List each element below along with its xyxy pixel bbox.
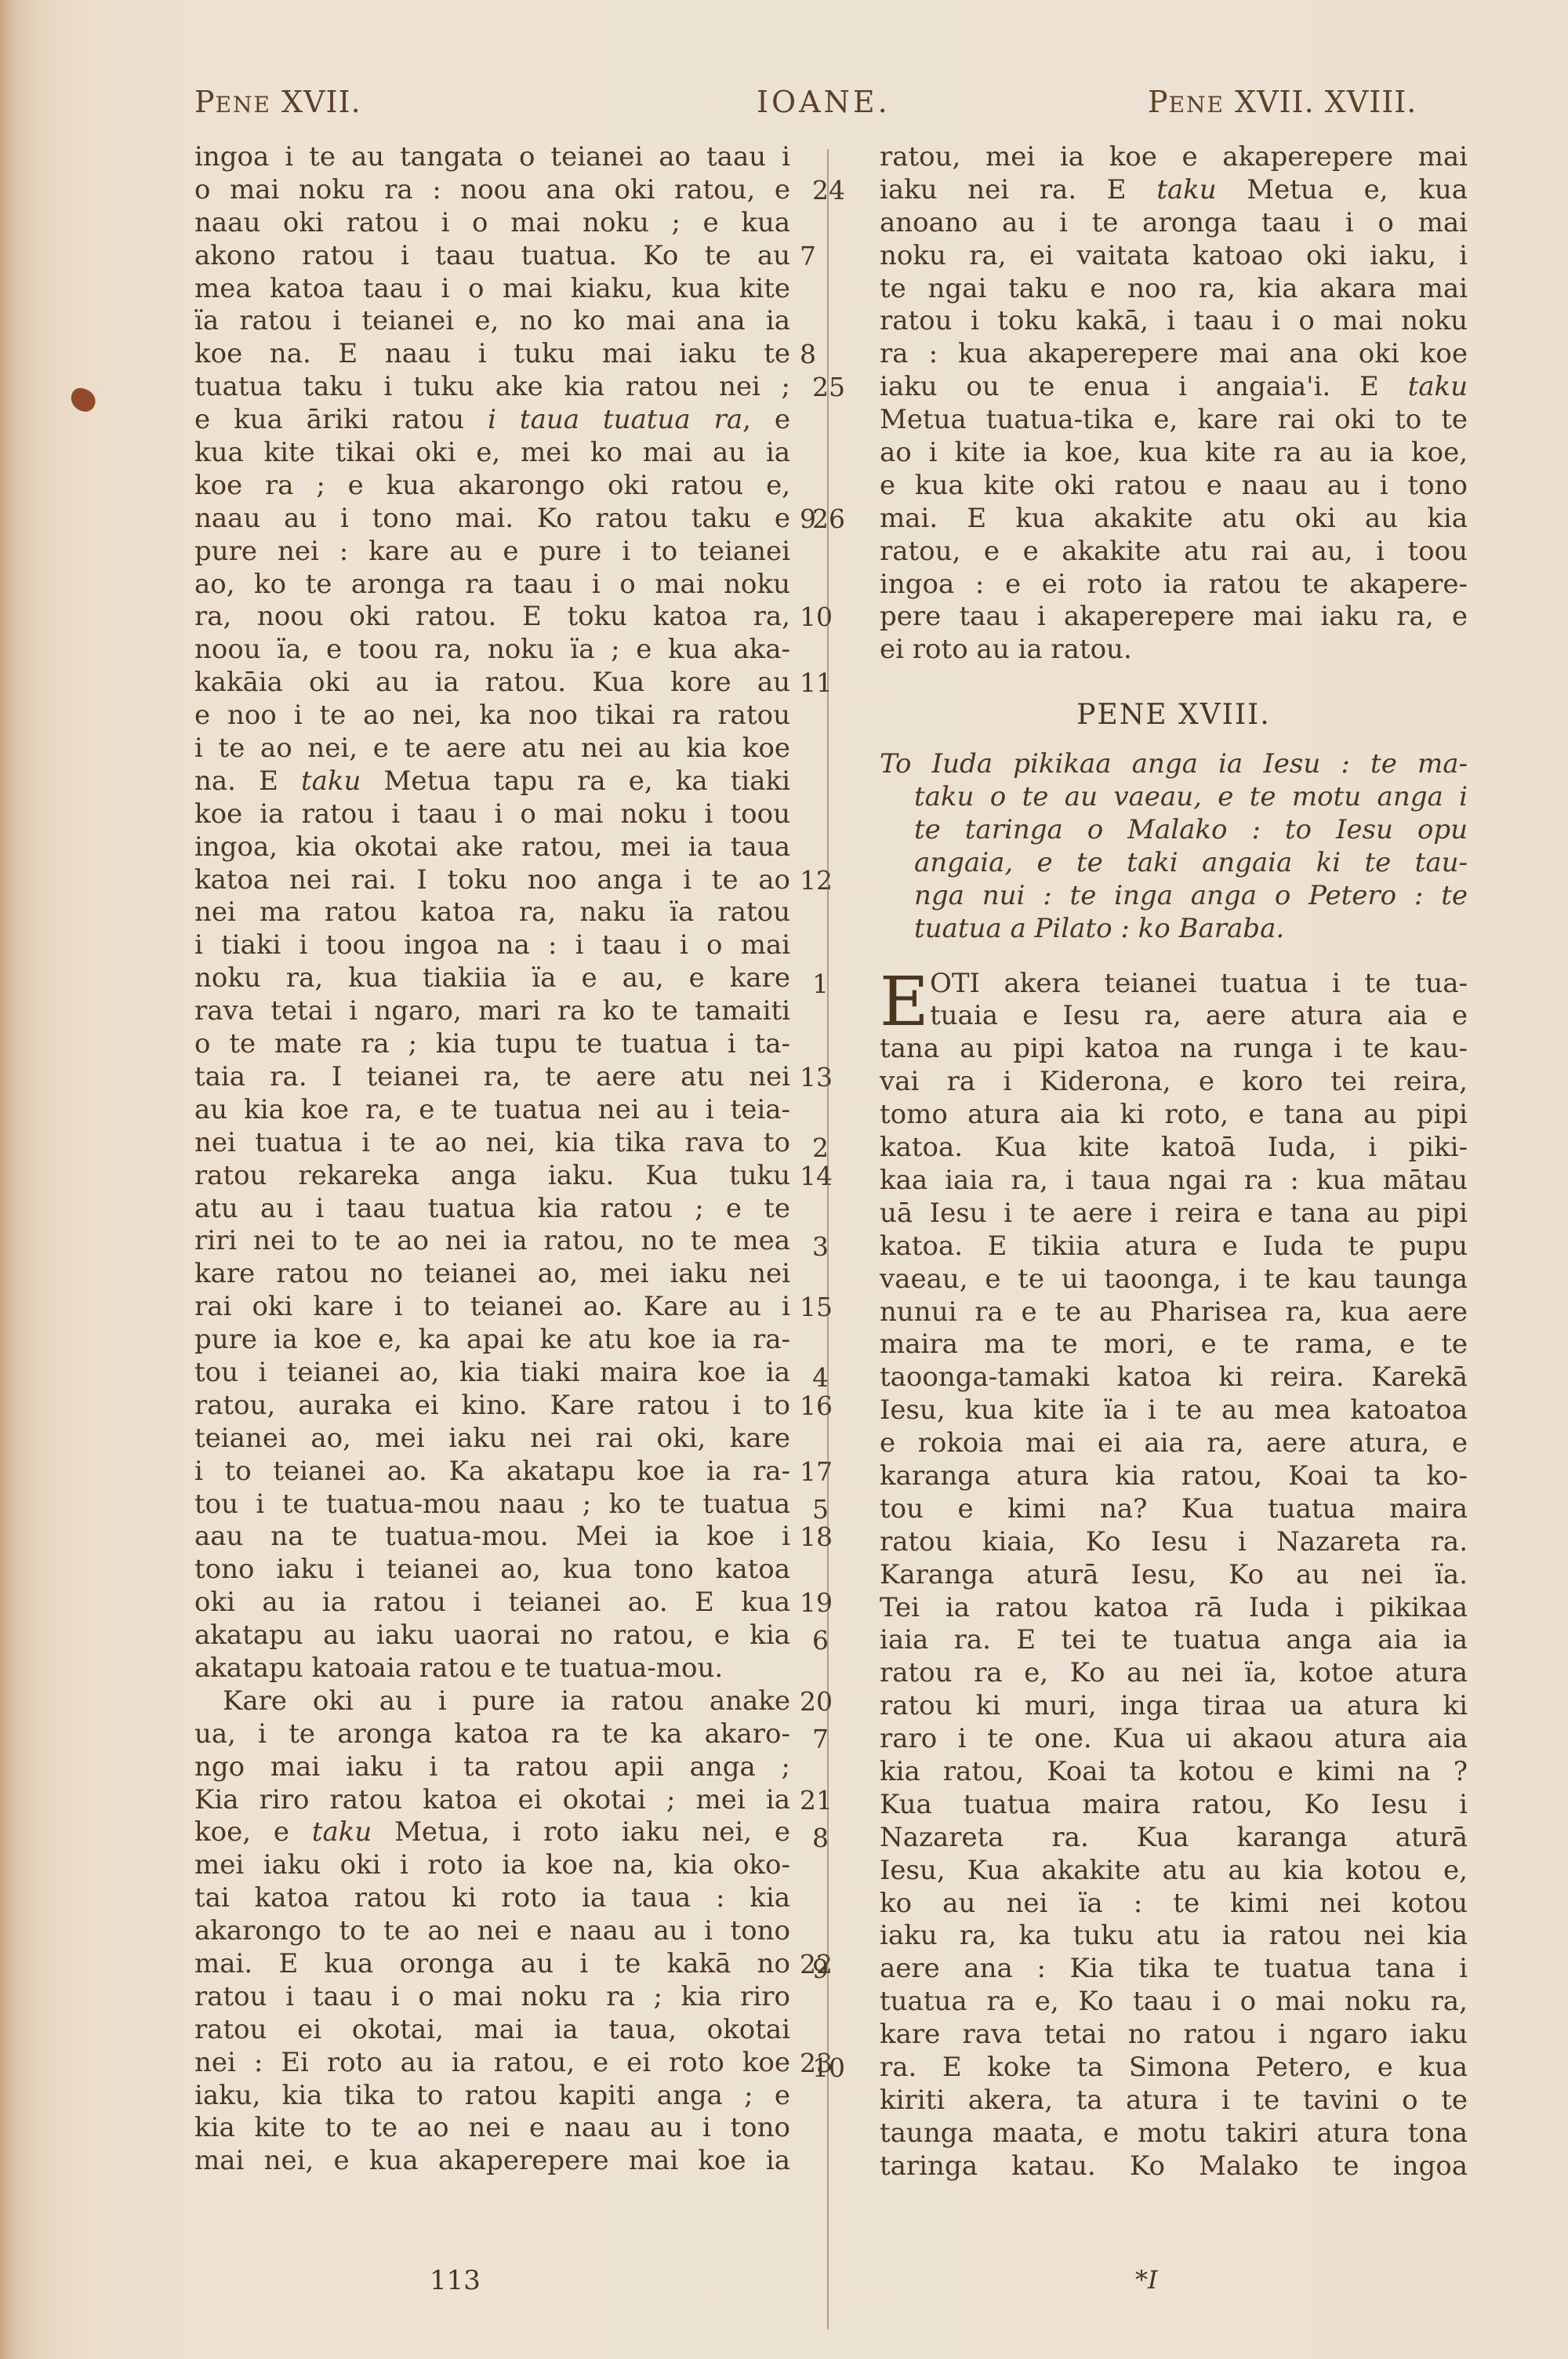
line-text: aere ana : Kia tika te tuatua tana i bbox=[880, 1953, 1468, 1984]
line-text: rava tetai i ngaro, mari ra ko te tamait… bbox=[194, 995, 790, 1027]
summary-line: taku o te au vaeau, e te motu anga i bbox=[880, 781, 1468, 814]
line-text: Iesu, Kua akakite atu au kia kotou e, bbox=[880, 1855, 1468, 1886]
line-text: nei tuatua i te ao nei, kia tika rava to bbox=[194, 1127, 790, 1158]
line-text: ratou, auraka ei kino. Kare ratou i to bbox=[194, 1390, 790, 1421]
line-text: mai. E kua akakite atu oki au kia bbox=[880, 503, 1468, 534]
text-line: aere ana : Kia tika te tuatua tana i9 bbox=[880, 1953, 1468, 1986]
line-text: ua, i te aronga katoa ra te ka akaro- bbox=[194, 1718, 790, 1750]
text-line: ao, ko te aronga ra taau i o mai noku bbox=[194, 569, 790, 602]
line-text: i to teianei ao. Ka akatapu koe ia ra- bbox=[194, 1456, 790, 1487]
text-line: vaeau, e te ui taoonga, i te kau taunga bbox=[880, 1263, 1468, 1296]
verse-number: 7 bbox=[812, 1723, 867, 1756]
text-line: ratou ei okotai, mai ia taua, okotai bbox=[194, 2014, 790, 2047]
text-line: katoa. E tikiia atura e Iuda te pupu3 bbox=[880, 1230, 1468, 1263]
line-text: e kua āriki ratou bbox=[194, 404, 488, 435]
text-line: noku ra, kua tiakiia ïa e au, e kare bbox=[194, 962, 790, 995]
text-line: rai oki kare i to teianei ao. Kare au i1… bbox=[194, 1291, 790, 1324]
text-line: ngo mai iaku i ta ratou apii anga ; bbox=[194, 1751, 790, 1784]
text-line: koe ia ratou i taau i o mai noku i toou bbox=[194, 798, 790, 831]
line-text: kia kite to te ao nei e naau au i tono bbox=[194, 2112, 790, 2143]
left-text-column: ingoa i te au tangata o teianei ao taau … bbox=[194, 141, 790, 2178]
line-text: katoa. E tikiia atura e Iuda te pupu bbox=[880, 1230, 1468, 1262]
line-text: vaeau, e te ui taoonga, i te kau taunga bbox=[880, 1263, 1468, 1295]
line-text: tomo atura aia ki roto, e tana au pipi bbox=[880, 1099, 1468, 1130]
line-text: iaku, kia tika to ratou kapiti anga ; e bbox=[194, 2080, 790, 2111]
running-head-book-title: IOANE. bbox=[757, 85, 891, 119]
text-line: mai. E kua akakite atu oki au kia26 bbox=[880, 503, 1468, 536]
line-text: naau oki ratou i o mai noku ; e kua bbox=[194, 207, 790, 238]
text-line: ratou i toku kakā, i taau i o mai noku bbox=[880, 305, 1468, 338]
text-line: ra, noou oki ratou. E toku katoa ra,10 bbox=[194, 601, 790, 634]
line-text: ratou rekareka anga iaku. Kua tuku bbox=[194, 1160, 790, 1191]
text-line: ra. E koke ta Simona Petero, e kua10 bbox=[880, 2052, 1468, 2085]
line-text: taoonga-tamaki katoa ki reira. Karekā bbox=[880, 1361, 1468, 1393]
line-text: ratou kiaia, Ko Iesu i Nazareta ra. bbox=[880, 1526, 1468, 1558]
verse-number: 8 bbox=[800, 338, 816, 371]
text-line: kia ratou, Koai ta kotou e kimi na ? bbox=[880, 1756, 1468, 1789]
text-line: kakāia oki au ia ratou. Kua kore au11 bbox=[194, 667, 790, 700]
line-text: pere taau i akaperepere mai iaku ra, e bbox=[880, 601, 1468, 632]
verse-number: 3 bbox=[812, 1230, 867, 1263]
text-line: na. E taku Metua tapu ra e, ka tiaki bbox=[194, 765, 790, 798]
text-line: noku ra, ei vaitata katoao oki iaku, i bbox=[880, 240, 1468, 273]
line-text: maira ma te mori, e te rama, e te bbox=[880, 1329, 1468, 1360]
line-text: Metua tuatua-tika e, kare rai oki to te bbox=[880, 404, 1468, 435]
text-line: noou ïa, e toou ra, noku ïa ; e kua aka- bbox=[194, 634, 790, 667]
line-text: nunui ra e te au Pharisea ra, kua aere bbox=[880, 1296, 1468, 1328]
text-line: au kia koe ra, e te tuatua nei au i teia… bbox=[194, 1094, 790, 1127]
printer-signature-mark: *I bbox=[1135, 2265, 1158, 2295]
line-text: Kua tuatua maira ratou, Ko Iesu i bbox=[880, 1789, 1468, 1820]
verse-number: 5 bbox=[812, 1493, 867, 1526]
line-text: mai. E kua oronga au i te kakā no bbox=[194, 1948, 790, 1979]
line-text: Tei ia ratou katoa rā Iuda i pikikaa bbox=[880, 1592, 1468, 1623]
line-text: katoa nei rai. I toku noo anga i te ao bbox=[194, 864, 790, 896]
line-text: i te ao nei, e te aere atu nei au kia ko… bbox=[194, 732, 790, 764]
text-line: vai ra i Kiderona, e koro tei reira, bbox=[880, 1066, 1468, 1099]
chapter-17-continuation: ratou, mei ia koe e akaperepere maiiaku … bbox=[880, 141, 1468, 667]
line-text: ra, noou oki ratou. E toku katoa ra, bbox=[194, 601, 790, 632]
line-text: taunga maata, e motu takiri atura tona bbox=[880, 2117, 1468, 2149]
text-line: ratou rekareka anga iaku. Kua tuku14 bbox=[194, 1160, 790, 1193]
foxing-stain-mark bbox=[67, 385, 99, 414]
italic-text: taku bbox=[1156, 174, 1216, 205]
line-text: e noo i te ao nei, ka noo tikai ra ratou bbox=[194, 700, 790, 731]
text-line: koe, e taku Metua, i roto iaku nei, e bbox=[194, 1816, 790, 1849]
chapter-18-text: E OTI akera teianei tuatua i te tua-1tua… bbox=[880, 968, 1468, 2183]
text-line: ko au nei ïa : te kimi nei kotou bbox=[880, 1888, 1468, 1921]
verse-number: 1 bbox=[812, 968, 867, 1001]
line-text-after: Metua tapu ra e, ka tiaki bbox=[361, 765, 790, 797]
line-text: tuaia e Iesu ra, aere atura aia e bbox=[930, 1000, 1468, 1031]
text-line: ei roto au ia ratou. bbox=[880, 634, 1468, 667]
line-text: atu au i taau tuatua kia ratou ; e te bbox=[194, 1193, 790, 1224]
line-text: ratou ki muri, inga tiraa ua atura ki bbox=[880, 1690, 1468, 1721]
line-text: ngo mai iaku i ta ratou apii anga ; bbox=[194, 1751, 790, 1783]
line-text: akarongo to te ao nei e naau au i tono bbox=[194, 1915, 790, 1946]
text-line: naau au i tono mai. Ko ratou taku e9 bbox=[194, 503, 790, 536]
line-text: mai nei, e kua akaperepere mai koe ia bbox=[194, 2145, 790, 2176]
text-line: o mai noku ra : noou ana oki ratou, e bbox=[194, 174, 790, 207]
right-text-column: ratou, mei ia koe e akaperepere maiiaku … bbox=[880, 141, 1468, 2183]
line-text: karanga atura kia ratou, Koai ta ko- bbox=[880, 1460, 1468, 1492]
text-line: ao i kite ia koe, kua kite ra au ia koe, bbox=[880, 437, 1468, 470]
text-line: taoonga-tamaki katoa ki reira. Karekā4 bbox=[880, 1361, 1468, 1394]
line-text: ïa ratou i teianei e, no ko mai ana ia bbox=[194, 305, 790, 336]
text-line: te ngai taku e noo ra, kia akara mai bbox=[880, 273, 1468, 306]
line-text: tou i teianei ao, kia tiaki maira koe ia bbox=[194, 1357, 790, 1388]
line-text: kare rava tetai no ratou i ngaro iaku bbox=[880, 2019, 1468, 2050]
line-text: tou i te tuatua-mou naau ; ko te tuatua bbox=[194, 1488, 790, 1520]
line-text: kia ratou, Koai ta kotou e kimi na ? bbox=[880, 1756, 1468, 1787]
text-line: ratou, mei ia koe e akaperepere mai bbox=[880, 141, 1468, 174]
text-line: tomo atura aia ki roto, e tana au pipi bbox=[880, 1099, 1468, 1132]
text-line: tuatua ra e, Ko taau i o mai noku ra, bbox=[880, 1986, 1468, 2019]
text-line: iaku ra, ka tuku atu ia ratou nei kia bbox=[880, 1920, 1468, 1953]
line-text-after: , e bbox=[742, 404, 790, 435]
text-line: Karanga aturā Iesu, Ko au nei ïa. bbox=[880, 1559, 1468, 1592]
line-text: ratou, e e akakite atu rai au, i toou bbox=[880, 536, 1468, 567]
line-text: Kare oki au i pure ia ratou anake bbox=[223, 1685, 790, 1717]
line-text: kare ratou no teianei ao, mei iaku nei bbox=[194, 1258, 790, 1289]
line-text: Iesu, kua kite ïa i te au mea katoatoa bbox=[880, 1394, 1468, 1426]
text-line: kare rava tetai no ratou i ngaro iaku bbox=[880, 2019, 1468, 2052]
verse-number: 24 bbox=[812, 174, 867, 207]
line-text: akatapu katoaia ratou e te tuatua-mou. bbox=[194, 1652, 723, 1684]
text-line: tuaia e Iesu ra, aere atura aia e bbox=[880, 1000, 1468, 1033]
line-text: noku ra, ei vaitata katoao oki iaku, i bbox=[880, 240, 1468, 271]
verse-number: 26 bbox=[812, 503, 867, 536]
text-line: e kua āriki ratou i taua tuatua ra, e bbox=[194, 404, 790, 437]
line-text: koe, e bbox=[194, 1816, 312, 1848]
line-text: aau na te tuatua-mou. Mei ia koe i bbox=[194, 1521, 790, 1552]
line-text: ratou ei okotai, mai ia taua, okotai bbox=[194, 2014, 790, 2045]
line-text: oki au ia ratou i teianei ao. E kua bbox=[194, 1587, 790, 1618]
summary-line: tuatua a Pilato : ko Baraba. bbox=[880, 913, 1468, 946]
line-text: ratou ra e, Ko au nei ïa, kotoe atura bbox=[880, 1657, 1468, 1688]
verse-number: 2 bbox=[812, 1132, 867, 1165]
text-line: raro i te one. Kua ui akaou atura aia7 bbox=[880, 1723, 1468, 1756]
text-line: tana au pipi katoa na runga i te kau- bbox=[880, 1033, 1468, 1066]
line-text: mea katoa taau i o mai kiaku, kua kite bbox=[194, 273, 790, 304]
line-text: tou e kimi na? Kua tuatua maira bbox=[880, 1493, 1468, 1525]
text-line: e rokoia mai ei aia ra, aere atura, e bbox=[880, 1427, 1468, 1460]
verse-number: 10 bbox=[812, 2052, 867, 2085]
text-line: akatapu katoaia ratou e te tuatua-mou. bbox=[194, 1652, 790, 1685]
text-line: nei tuatua i te ao nei, kia tika rava to bbox=[194, 1127, 790, 1160]
running-head-right: PENE XVII. XVIII. bbox=[1148, 85, 1417, 119]
line-text: Nazareta ra. Kua karanga aturā bbox=[880, 1822, 1468, 1853]
line-text: kiriti akera, ta atura i te tavini o te bbox=[880, 2085, 1468, 2116]
line-text: uā Iesu i te aere i reira e tana au pipi bbox=[880, 1198, 1468, 1229]
text-line: atu au i taau tuatua kia ratou ; e te bbox=[194, 1193, 790, 1226]
text-line: pere taau i akaperepere mai iaku ra, e bbox=[880, 601, 1468, 634]
text-line: ratou, auraka ei kino. Kare ratou i to16 bbox=[194, 1390, 790, 1423]
line-text: noku ra, kua tiakiia ïa e au, e kare bbox=[194, 962, 790, 994]
text-line: Nazareta ra. Kua karanga aturā8 bbox=[880, 1822, 1468, 1855]
line-text: katoa. Kua kite katoā Iuda, i piki- bbox=[880, 1132, 1468, 1163]
line-text: o te mate ra ; kia tupu te tuatua i ta- bbox=[194, 1028, 790, 1060]
line-text: ao, ko te aronga ra taau i o mai noku bbox=[194, 569, 790, 600]
summary-line: To Iuda pikikaa anga ia Iesu : te ma- bbox=[880, 748, 1468, 781]
text-line: ratou i taau i o mai noku ra ; kia riro bbox=[194, 1981, 790, 2014]
text-line: pure nei : kare au e pure i to teianei bbox=[194, 536, 790, 569]
text-line: ingoa : e ei roto ia ratou te akapere- bbox=[880, 569, 1468, 602]
line-text: riri nei to te ao nei ia ratou, no te me… bbox=[194, 1225, 790, 1256]
summary-line: angaia, e te taki angaia ki te tau- bbox=[880, 847, 1468, 880]
text-line: katoa. Kua kite katoā Iuda, i piki-2 bbox=[880, 1132, 1468, 1165]
text-line: nei : Ei roto au ia ratou, e ei roto koe… bbox=[194, 2047, 790, 2080]
line-text: ra : kua akaperepere mai ana oki koe bbox=[880, 338, 1468, 369]
text-line: tou e kimi na? Kua tuatua maira5 bbox=[880, 1493, 1468, 1526]
text-line: naau oki ratou i o mai noku ; e kua bbox=[194, 207, 790, 240]
text-line: kua kite tikai oki e, mei ko mai au ia bbox=[194, 437, 790, 470]
text-line: ra : kua akaperepere mai ana oki koe bbox=[880, 338, 1468, 371]
summary-line: nga nui : te inga anga o Petero : te bbox=[880, 880, 1468, 913]
text-line: ua, i te aronga katoa ra te ka akaro- bbox=[194, 1718, 790, 1751]
text-line: rava tetai i ngaro, mari ra ko te tamait… bbox=[194, 995, 790, 1028]
line-text: Kia riro ratou katoa ei okotai ; mei ia bbox=[194, 1784, 790, 1816]
text-line: tuatua taku i tuku ake kia ratou nei ; bbox=[194, 371, 790, 404]
verse-number: 8 bbox=[812, 1822, 867, 1855]
text-line: ingoa i te au tangata o teianei ao taau … bbox=[194, 141, 790, 174]
text-line: tou i te tuatua-mou naau ; ko te tuatua bbox=[194, 1488, 790, 1521]
text-line: e noo i te ao nei, ka noo tikai ra ratou bbox=[194, 700, 790, 732]
text-line: iaku, kia tika to ratou kapiti anga ; e bbox=[194, 2080, 790, 2113]
text-line: Iesu, Kua akakite atu au kia kotou e, bbox=[880, 1855, 1468, 1888]
line-text: taia ra. I teianei ra, te aere atu nei bbox=[194, 1061, 790, 1092]
text-line: tou i teianei ao, kia tiaki maira koe ia bbox=[194, 1357, 790, 1390]
text-line: kare ratou no teianei ao, mei iaku nei bbox=[194, 1258, 790, 1291]
line-text: Karanga aturā Iesu, Ko au nei ïa. bbox=[880, 1559, 1468, 1590]
line-text: o mai noku ra : noou ana oki ratou, e bbox=[194, 174, 790, 205]
line-text: iaku ou te enua i angaia'i. E bbox=[880, 371, 1408, 402]
text-line: ïa ratou i teianei e, no ko mai ana ia bbox=[194, 305, 790, 338]
text-line: mai. E kua oronga au i te kakā no22 bbox=[194, 1948, 790, 1981]
line-text: ratou, mei ia koe e akaperepere mai bbox=[880, 141, 1468, 173]
text-line: koe ra ; e kua akarongo oki ratou e, bbox=[194, 470, 790, 503]
line-text: e rokoia mai ei aia ra, aere atura, e bbox=[880, 1427, 1468, 1459]
line-text: tana au pipi katoa na runga i te kau- bbox=[880, 1033, 1468, 1064]
text-line: akarongo to te ao nei e naau au i tono bbox=[194, 1915, 790, 1948]
text-line: taia ra. I teianei ra, te aere atu nei13 bbox=[194, 1061, 790, 1094]
line-text: teianei ao, mei iaku nei rai oki, kare bbox=[194, 1423, 790, 1454]
text-line: kia kite to te ao nei e naau au i tono bbox=[194, 2112, 790, 2145]
line-text: tono iaku i teianei ao, kua tono katoa bbox=[194, 1554, 790, 1585]
chapter-heading: PENE XVIII. bbox=[880, 682, 1468, 748]
text-line: iaia ra. E tei te tuatua anga aia ia6 bbox=[880, 1624, 1468, 1657]
line-text: ra. E koke ta Simona Petero, e kua bbox=[880, 2052, 1468, 2083]
text-line: Iesu, kua kite ïa i te au mea katoatoa bbox=[880, 1394, 1468, 1427]
text-line: Tei ia ratou katoa rā Iuda i pikikaa bbox=[880, 1592, 1468, 1625]
line-text: ingoa, kia okotai ake ratou, mei ia taua bbox=[194, 831, 790, 863]
text-line: Kia riro ratou katoa ei okotai ; mei ia2… bbox=[194, 1784, 790, 1817]
text-line: koe na. E naau i tuku mai iaku te8 bbox=[194, 338, 790, 371]
running-head-left: PENE XVII. bbox=[194, 85, 361, 119]
line-text: ratou i toku kakā, i taau i o mai noku bbox=[880, 305, 1468, 336]
verse-number: 4 bbox=[812, 1361, 867, 1394]
verse-number: 25 bbox=[812, 371, 867, 404]
text-line: katoa nei rai. I toku noo anga i te ao12 bbox=[194, 864, 790, 897]
line-text: kakāia oki au ia ratou. Kua kore au bbox=[194, 667, 790, 698]
line-text: iaia ra. E tei te tuatua anga aia ia bbox=[880, 1624, 1468, 1656]
line-text: koe ia ratou i taau i o mai noku i toou bbox=[194, 798, 790, 830]
line-text: ei roto au ia ratou. bbox=[880, 634, 1132, 665]
line-text: ao i kite ia koe, kua kite ra au ia koe, bbox=[880, 437, 1468, 468]
text-line: oki au ia ratou i teianei ao. E kua19 bbox=[194, 1587, 790, 1619]
line-text: ingoa : e ei roto ia ratou te akapere- bbox=[880, 569, 1468, 600]
line-text: kaa iaia ra, i taua ngai ra : kua mātau bbox=[880, 1165, 1468, 1196]
line-text: ratou i taau i o mai noku ra ; kia riro bbox=[194, 1981, 790, 2012]
line-text: kua kite tikai oki e, mei ko mai au ia bbox=[194, 437, 790, 468]
italic-text: taku bbox=[312, 1816, 372, 1848]
text-line: Kare oki au i pure ia ratou anake20 bbox=[194, 1685, 790, 1718]
text-line: kiriti akera, ta atura i te tavini o te bbox=[880, 2085, 1468, 2117]
text-line: i te ao nei, e te aere atu nei au kia ko… bbox=[194, 732, 790, 765]
text-line: Metua tuatua-tika e, kare rai oki to te bbox=[880, 404, 1468, 437]
verse-number: 9 bbox=[812, 1953, 867, 1986]
verse-number: 7 bbox=[800, 240, 816, 273]
text-line: nei ma ratou katoa ra, naku ïa ratou bbox=[194, 896, 790, 929]
text-line: ratou ki muri, inga tiraa ua atura ki bbox=[880, 1690, 1468, 1723]
text-line: OTI akera teianei tuatua i te tua-1 bbox=[880, 968, 1468, 1001]
text-line: iaku nei ra. E taku Metua e, kua24 bbox=[880, 174, 1468, 207]
line-text: iaku nei ra. E bbox=[880, 174, 1156, 205]
line-text: akatapu au iaku uaorai no ratou, e kia bbox=[194, 1619, 790, 1651]
line-text: iaku ra, ka tuku atu ia ratou nei kia bbox=[880, 1920, 1468, 1951]
chapter-summary: To Iuda pikikaa anga ia Iesu : te ma-tak… bbox=[880, 748, 1468, 945]
text-line: tono iaku i teianei ao, kua tono katoa bbox=[194, 1554, 790, 1587]
line-text-after: Metua, i roto iaku nei, e bbox=[372, 1816, 790, 1848]
text-line: ingoa, kia okotai ake ratou, mei ia taua bbox=[194, 831, 790, 864]
line-text: rai oki kare i to teianei ao. Kare au i bbox=[194, 1291, 790, 1322]
text-line: i to teianei ao. Ka akatapu koe ia ra-17 bbox=[194, 1456, 790, 1488]
line-text: naau au i tono mai. Ko ratou taku e bbox=[194, 503, 790, 534]
text-line: akono ratou i taau tuatua. Ko te au7 bbox=[194, 240, 790, 273]
text-line: tai katoa ratou ki roto ia taua : kia bbox=[194, 1882, 790, 1915]
text-line: karanga atura kia ratou, Koai ta ko- bbox=[880, 1460, 1468, 1493]
line-text: taringa katau. Ko Malako te ingoa bbox=[880, 2150, 1468, 2182]
text-line: ratou kiaia, Ko Iesu i Nazareta ra. bbox=[880, 1526, 1468, 1559]
text-line: anoano au i te aronga taau i o mai bbox=[880, 207, 1468, 240]
line-text: mei iaku oki i roto ia koe na, kia oko- bbox=[194, 1849, 790, 1881]
italic-text: taku bbox=[301, 765, 361, 797]
line-text: koe ra ; e kua akarongo oki ratou e, bbox=[194, 470, 790, 501]
line-text: nei ma ratou katoa ra, naku ïa ratou bbox=[194, 896, 790, 928]
italic-text: i taua tuatua ra bbox=[488, 404, 742, 435]
text-line: i tiaki i toou ingoa na : i taau i o mai bbox=[194, 929, 790, 962]
line-text: akono ratou i taau tuatua. Ko te au bbox=[194, 240, 790, 271]
verse-number: 6 bbox=[812, 1624, 867, 1657]
text-line: Kua tuatua maira ratou, Ko Iesu i bbox=[880, 1789, 1468, 1822]
line-text-after: Metua e, kua bbox=[1217, 174, 1468, 205]
text-line: mei iaku oki i roto ia koe na, kia oko- bbox=[194, 1849, 790, 1882]
line-text: tuatua ra e, Ko taau i o mai noku ra, bbox=[880, 1986, 1468, 2017]
italic-text: taku bbox=[1408, 371, 1468, 402]
line-text: e kua kite oki ratou e naau au i tono bbox=[880, 470, 1468, 501]
line-text: nei : Ei roto au ia ratou, e ei roto koe bbox=[194, 2047, 790, 2078]
text-line: teianei ao, mei iaku nei rai oki, kare bbox=[194, 1423, 790, 1456]
line-text: tai katoa ratou ki roto ia taua : kia bbox=[194, 1882, 790, 1914]
text-line: maira ma te mori, e te rama, e te bbox=[880, 1329, 1468, 1361]
line-text: koe na. E naau i tuku mai iaku te bbox=[194, 338, 790, 369]
text-line: pure ia koe e, ka apai ke atu koe ia ra- bbox=[194, 1324, 790, 1357]
page-number: 113 bbox=[430, 2265, 481, 2296]
text-line: iaku ou te enua i angaia'i. E taku25 bbox=[880, 371, 1468, 404]
text-line: taunga maata, e motu takiri atura tona bbox=[880, 2117, 1468, 2150]
text-line: uā Iesu i te aere i reira e tana au pipi bbox=[880, 1198, 1468, 1230]
line-text: vai ra i Kiderona, e koro tei reira, bbox=[880, 1066, 1468, 1097]
line-text: au kia koe ra, e te tuatua nei au i teia… bbox=[194, 1094, 790, 1125]
line-text: OTI akera teianei tuatua i te tua- bbox=[930, 968, 1468, 999]
line-text: te ngai taku e noo ra, kia akara mai bbox=[880, 273, 1468, 304]
text-line: riri nei to te ao nei ia ratou, no te me… bbox=[194, 1225, 790, 1258]
line-text: na. E bbox=[194, 765, 301, 797]
text-line: kaa iaia ra, i taua ngai ra : kua mātau bbox=[880, 1165, 1468, 1198]
text-line: akatapu au iaku uaorai no ratou, e kia bbox=[194, 1619, 790, 1652]
line-text: pure ia koe e, ka apai ke atu koe ia ra- bbox=[194, 1324, 790, 1355]
text-line: taringa katau. Ko Malako te ingoa bbox=[880, 2150, 1468, 2183]
text-line: e kua kite oki ratou e naau au i tono bbox=[880, 470, 1468, 503]
text-line: mea katoa taau i o mai kiaku, kua kite bbox=[194, 273, 790, 306]
line-text: tuatua taku i tuku ake kia ratou nei ; bbox=[194, 371, 790, 402]
text-line: nunui ra e te au Pharisea ra, kua aere bbox=[880, 1296, 1468, 1329]
line-text: i tiaki i toou ingoa na : i taau i o mai bbox=[194, 929, 790, 961]
text-line: o te mate ra ; kia tupu te tuatua i ta- bbox=[194, 1028, 790, 1061]
text-line: mai nei, e kua akaperepere mai koe ia bbox=[194, 2145, 790, 2178]
text-line: ratou, e e akakite atu rai au, i toou bbox=[880, 536, 1468, 569]
line-text: ingoa i te au tangata o teianei ao taau … bbox=[194, 141, 790, 173]
line-text: anoano au i te aronga taau i o mai bbox=[880, 207, 1468, 238]
summary-line: te taringa o Malako : to Iesu opu bbox=[880, 814, 1468, 847]
text-line: aau na te tuatua-mou. Mei ia koe i18 bbox=[194, 1521, 790, 1554]
line-text: noou ïa, e toou ra, noku ïa ; e kua aka- bbox=[194, 634, 790, 665]
line-text: pure nei : kare au e pure i to teianei bbox=[194, 536, 790, 567]
text-line: ratou ra e, Ko au nei ïa, kotoe atura bbox=[880, 1657, 1468, 1690]
line-text: raro i te one. Kua ui akaou atura aia bbox=[880, 1723, 1468, 1754]
line-text: ko au nei ïa : te kimi nei kotou bbox=[880, 1888, 1468, 1919]
